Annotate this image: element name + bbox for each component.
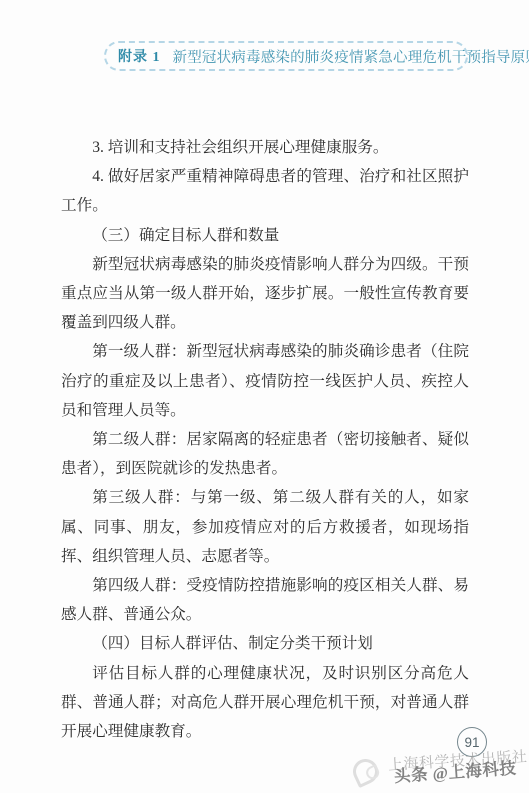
body-paragraph: 第一级人群：新型冠状病毒感染的肺炎确诊患者（住院治疗的重症及以上患者）、疫情防控…	[61, 337, 469, 425]
body-paragraph: 第四级人群：受疫情防控措施影响的疫区相关人群、易感人群、普通公众。	[61, 571, 469, 629]
body-paragraph: （四）目标人群评估、制定分类干预计划	[61, 629, 469, 658]
appendix-header-box: 附录 1 新型冠状病毒感染的肺炎疫情紧急心理危机干预指导原则	[104, 41, 468, 71]
publisher-logo-icon	[349, 755, 382, 788]
appendix-label: 附录 1	[118, 46, 161, 66]
body-text-block: 3. 培训和支持社会组织开展心理健康服务。 4. 做好居家严重精神障碍患者的管理…	[61, 133, 469, 746]
appendix-title: 新型冠状病毒感染的肺炎疫情紧急心理危机干预指导原则	[173, 46, 529, 67]
body-paragraph: 评估目标人群的心理健康状况，及时识别区分高危人群、普通人群；对高危人群开展心理危…	[61, 659, 469, 747]
body-paragraph: 第二级人群：居家隔离的轻症患者（密切接触者、疑似患者），到医院就诊的发热患者。	[61, 425, 469, 483]
body-paragraph: 新型冠状病毒感染的肺炎疫情影响人群分为四级。干预重点应当从第一级人群开始，逐步扩…	[61, 250, 469, 338]
body-paragraph: 第三级人群：与第一级、第二级人群有关的人，如家属、同事、朋友，参加疫情应对的后方…	[61, 483, 469, 571]
book-page: 附录 1 新型冠状病毒感染的肺炎疫情紧急心理危机干预指导原则 3. 培训和支持社…	[0, 0, 529, 793]
body-paragraph: （三）确定目标人群和数量	[61, 221, 469, 250]
page-number: 91	[464, 735, 479, 750]
body-paragraph: 3. 培训和支持社会组织开展心理健康服务。	[61, 133, 469, 162]
body-paragraph: 4. 做好居家严重精神障碍患者的管理、治疗和社区照护工作。	[61, 162, 469, 220]
